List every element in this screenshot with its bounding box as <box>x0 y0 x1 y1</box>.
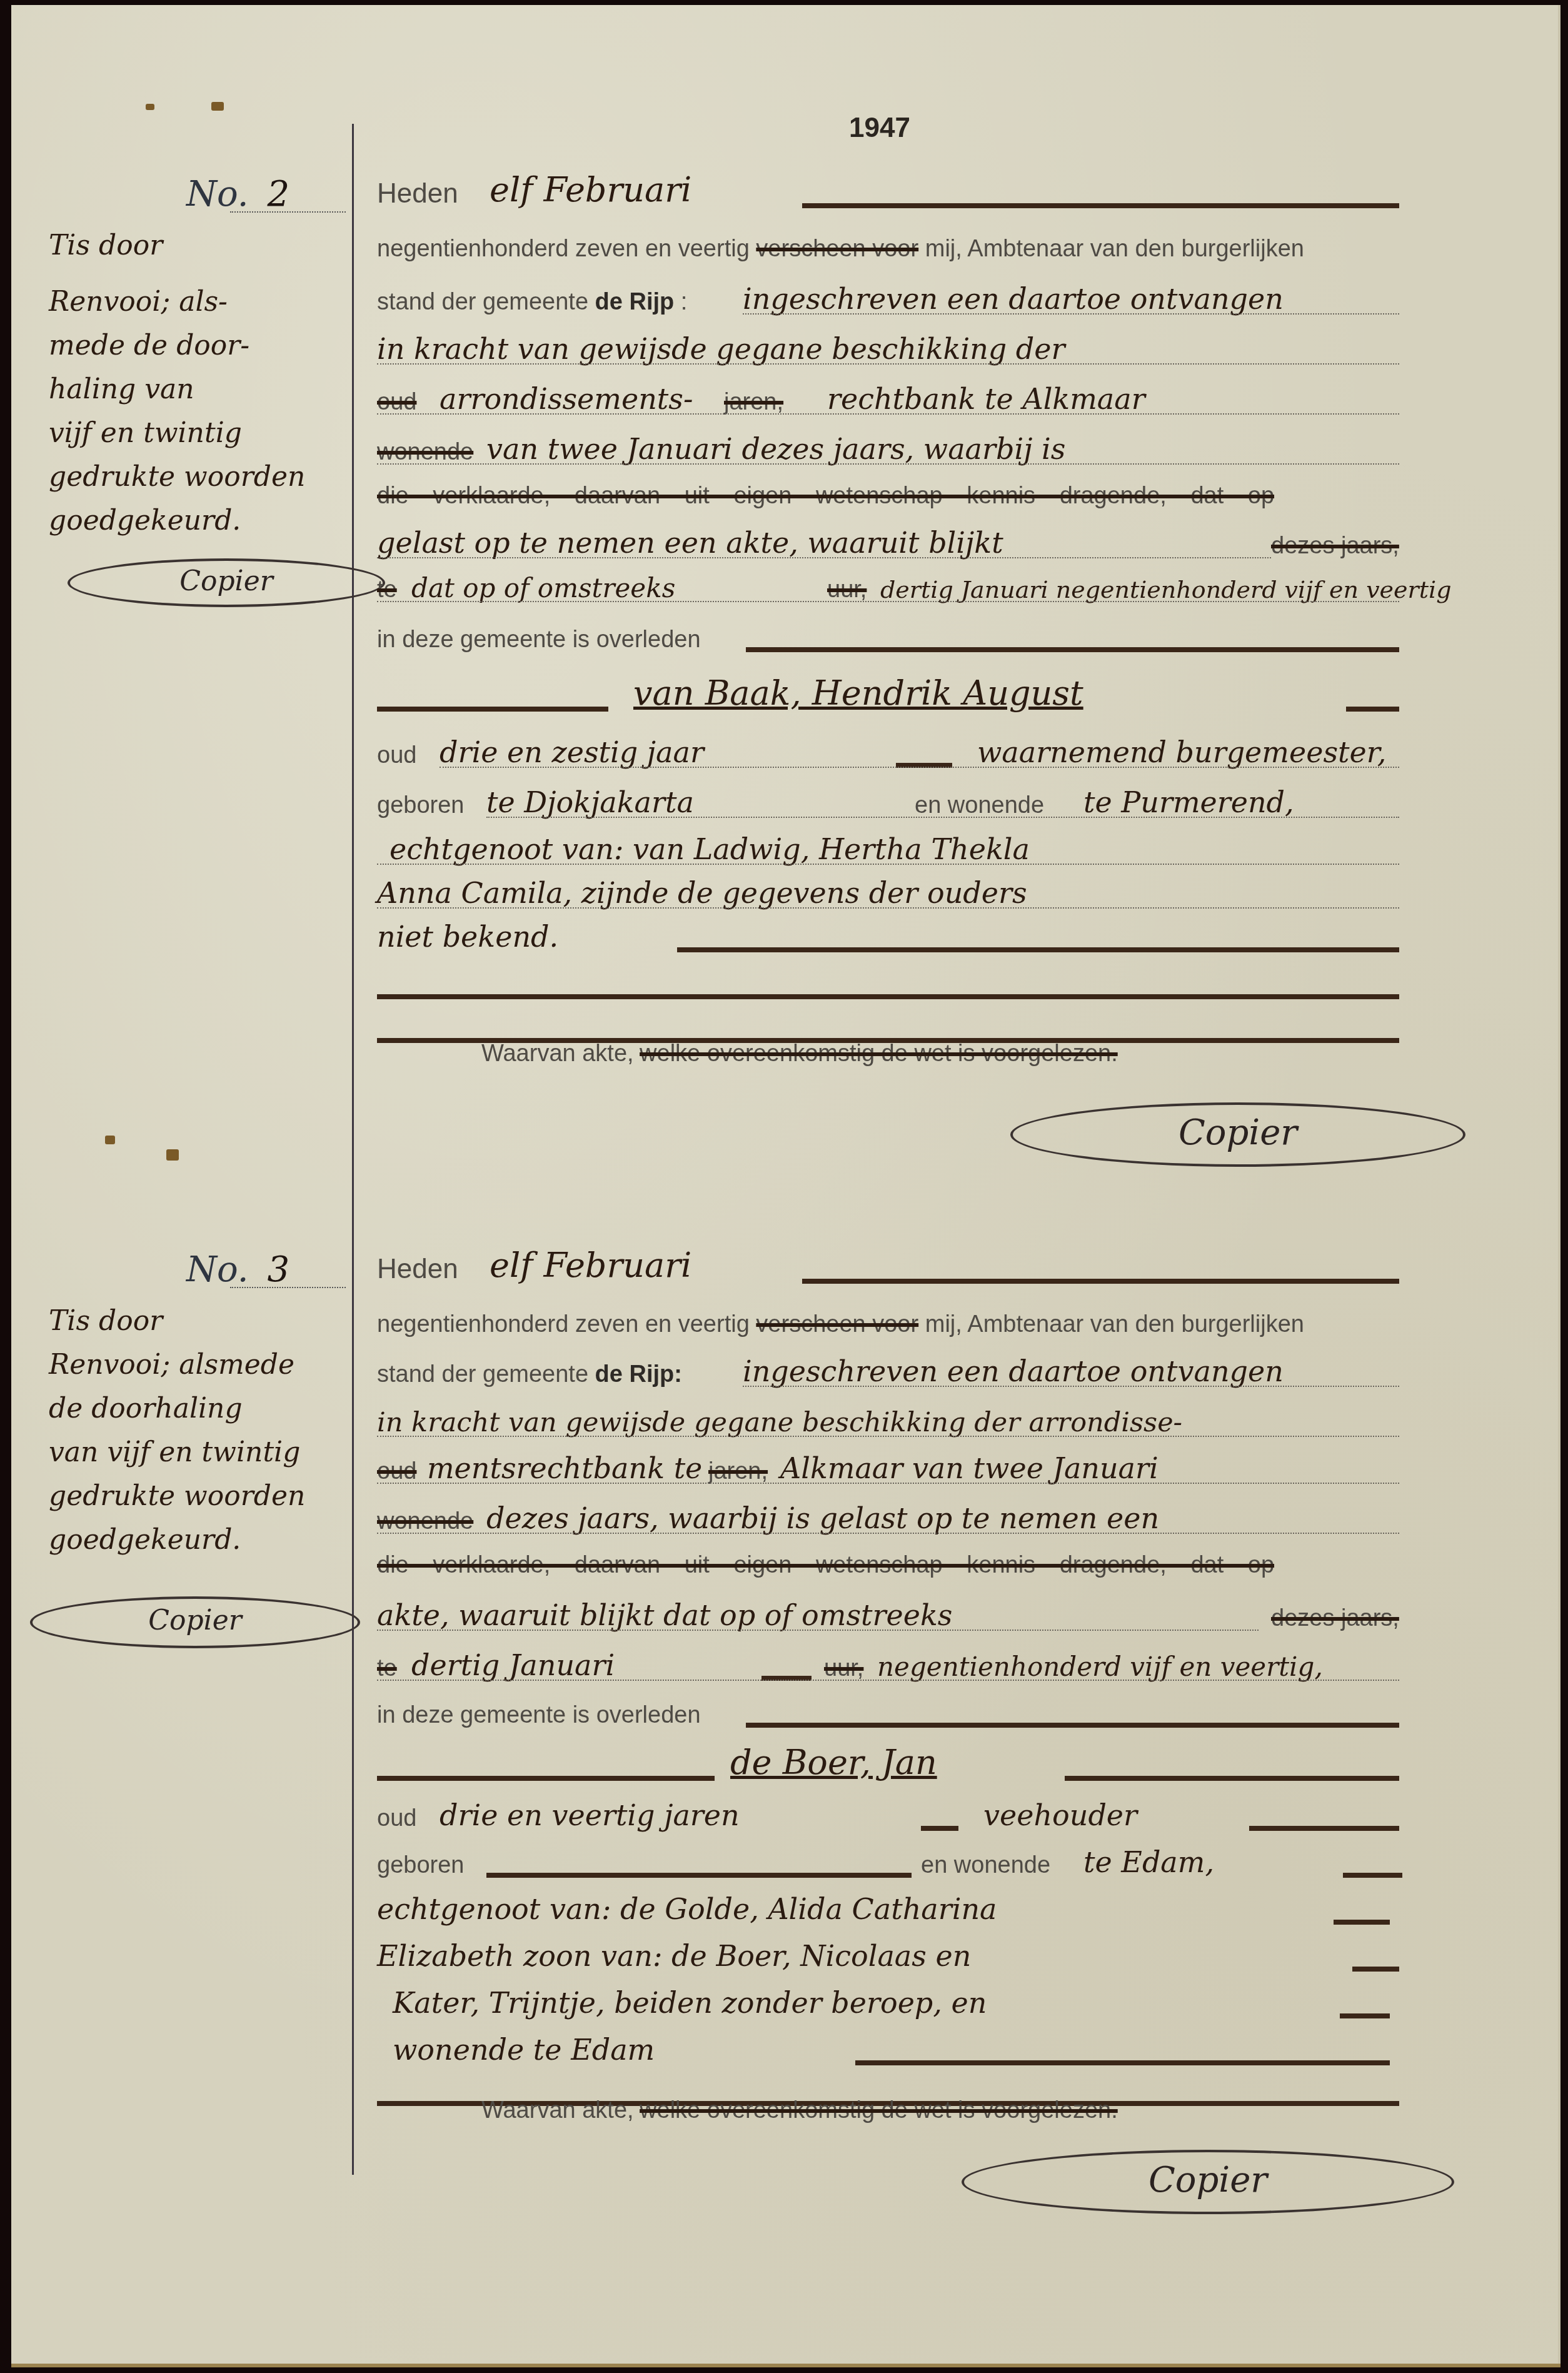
line-9: te dertig Januari uur, negentienhonderd … <box>377 1643 1409 1687</box>
struck-text: dezes jaars, <box>1271 533 1399 560</box>
filler-line <box>921 1826 958 1831</box>
handwritten-text: rechtbank te Alkmaar <box>827 382 1145 416</box>
dotted-line <box>743 1386 1399 1387</box>
closing-line: Waarvan akte, welke overeenkomstig de we… <box>481 2097 1118 2124</box>
occupation-value: waarnemend burgemeester, <box>977 735 1386 769</box>
margin-signature: Copier <box>30 1596 360 1648</box>
handwritten-text: gelast op te nemen een akte, waaruit bli… <box>377 526 1003 560</box>
wonende-label: en wonende <box>921 1852 1050 1879</box>
struck-text: jaren, <box>724 389 783 416</box>
line-extra-2: Elizabeth zoon van: de Boer, Nicolaas en <box>377 1934 1409 1978</box>
stand-value: ingeschreven een daartoe ontvangen <box>743 282 1284 316</box>
dotted-line <box>377 413 1399 415</box>
closing-line: Waarvan akte, welke overeenkomstig de we… <box>481 1040 1118 1067</box>
dotted-line <box>486 817 1399 818</box>
dotted-line <box>743 313 1399 315</box>
year-line-text: negentienhonderd zeven en veertig versch… <box>377 1311 1304 1338</box>
oud-label: oud <box>377 1805 416 1832</box>
line-oud: oud drie en zestig jaar waarnemend burge… <box>377 730 1409 774</box>
handwritten-text: wonende te Edam <box>393 2033 655 2067</box>
line-9: te dat op of omstreeks uur, dertig Janua… <box>377 565 1409 608</box>
margin-annotation: Tis door Renvooi; als- mede de door- hal… <box>49 224 343 543</box>
handwritten-text: Alkmaar van twee Januari <box>780 1451 1158 1485</box>
handwritten-text: echtgenoot van: de Golde, Alida Catharin… <box>377 1892 997 1926</box>
struck-text: oud <box>377 1458 416 1485</box>
page-year: 1947 <box>849 113 910 144</box>
filler-line <box>677 947 1399 952</box>
date-value: elf Februari <box>490 1246 691 1285</box>
margin-signature: Copier <box>68 558 385 607</box>
stand-label: stand der gemeente de Rijp : <box>377 289 687 316</box>
register-page: 1947 No.2 Tis door Renvooi; als- mede de… <box>11 5 1560 2367</box>
age-value: drie en veertig jaren <box>440 1798 740 1832</box>
oud-label: oud <box>377 742 416 769</box>
handwritten-text: negentienhonderd vijf en veertig, <box>877 1651 1323 1682</box>
filler-line <box>1334 1920 1390 1925</box>
dotted-line <box>377 1630 1259 1631</box>
struck-text: uur, <box>824 1655 863 1682</box>
record-number-label: No.3 <box>186 1249 289 1290</box>
line-5: oud mentsrechtbank te jaren, Alkmaar van… <box>377 1446 1409 1490</box>
line-extra-3: niet bekend. <box>377 915 1409 959</box>
record-number-underline <box>230 1287 346 1288</box>
handwritten-line: in kracht van gewijsde gegane beschikkin… <box>377 332 1065 366</box>
line-deceased: de Boer, Jan <box>377 1743 1409 1787</box>
dotted-line <box>377 1533 1399 1534</box>
handwritten-text: dat op of omstreeks <box>411 573 675 603</box>
deceased-name: van Baak, Hendrik August <box>633 673 1083 713</box>
dotted-line <box>377 907 1399 909</box>
registrar-signature: Copier <box>1010 1102 1465 1167</box>
stand-value: ingeschreven een daartoe ontvangen <box>743 1354 1284 1388</box>
dotted-line <box>377 1483 1399 1484</box>
line-deceased: van Baak, Hendrik August <box>377 674 1409 718</box>
line-8: akte, waaruit blijkt dat op of omstreeks… <box>377 1593 1409 1637</box>
line-geboren: geboren te Djokjakarta en wonende te Pur… <box>377 780 1409 824</box>
handwritten-text: van twee Januari dezes jaars, waarbij is <box>486 432 1065 466</box>
line-blank-1 <box>377 962 1409 1005</box>
filler-line <box>1340 2013 1390 2018</box>
paper-blemish <box>105 1136 115 1144</box>
filler-line <box>855 2060 1390 2065</box>
struck-text: die verklaarde, daarvan uit eigen wetens… <box>377 1552 1274 1579</box>
line-7: die verklaarde, daarvan uit eigen wetens… <box>377 471 1409 515</box>
handwritten-text: dertig Januari <box>411 1648 615 1682</box>
filler-line <box>746 1723 1399 1728</box>
line-extra-1: echtgenoot van: van Ladwig, Hertha Thekl… <box>377 827 1409 871</box>
dotted-line <box>377 1680 1399 1681</box>
handwritten-text: dezes jaars, waarbij is gelast op te nem… <box>486 1501 1159 1535</box>
birthplace-value: te Djokjakarta <box>486 785 694 819</box>
struck-text: wonende <box>377 439 473 466</box>
line-oud: oud drie en veertig jaren veehouder <box>377 1793 1409 1837</box>
line-extra-2: Anna Camila, zijnde de gegevens der oude… <box>377 871 1409 915</box>
line-4: in kracht van gewijsde gegane beschikkin… <box>377 327 1409 371</box>
paper-blemish <box>166 1149 179 1161</box>
line-stand: stand der gemeente de Rijp : ingeschreve… <box>377 277 1409 321</box>
line-extra-4: wonende te Edam <box>377 2028 1409 2072</box>
dotted-line <box>377 557 1271 558</box>
dotted-line <box>377 463 1399 465</box>
struck-text: te <box>377 577 397 603</box>
line-year: negentienhonderd zeven en veertig versch… <box>377 1299 1409 1343</box>
line-heden: Heden elf Februari <box>377 1246 1409 1290</box>
deceased-name: de Boer, Jan <box>730 1743 937 1782</box>
handwritten-text: arrondissements- <box>440 382 693 416</box>
filler-line <box>802 203 1399 208</box>
age-value: drie en zestig jaar <box>440 735 704 769</box>
margin-rule <box>352 124 354 2175</box>
heden-label: Heden <box>377 1254 458 1285</box>
line-5: oud arrondissements- jaren, rechtbank te… <box>377 377 1409 421</box>
dotted-line <box>377 864 1399 865</box>
filler-line <box>1065 1776 1399 1781</box>
line-overleden: in deze gemeente is overleden <box>377 615 1409 658</box>
line-overleden: in deze gemeente is overleden <box>377 1690 1409 1734</box>
struck-text: te <box>377 1655 397 1682</box>
heden-label: Heden <box>377 178 458 209</box>
handwritten-text: Elizabeth zoon van: de Boer, Nicolaas en <box>377 1939 971 1973</box>
dotted-line <box>377 1436 1399 1437</box>
filler-line <box>1343 1873 1402 1878</box>
filler-line <box>1346 707 1399 712</box>
year-line-text: negentienhonderd zeven en veertig versch… <box>377 236 1304 263</box>
filler-line <box>1249 1826 1399 1831</box>
filler-line <box>802 1279 1399 1284</box>
handwritten-text: Anna Camila, zijnde de gegevens der oude… <box>377 876 1027 910</box>
record-number-underline <box>230 211 346 213</box>
line-geboren: geboren en wonende te Edam, <box>377 1840 1409 1884</box>
stand-label: stand der gemeente de Rijp: <box>377 1361 682 1388</box>
filler-line <box>486 1873 912 1878</box>
handwritten-text: dertig Januari negentienhonderd vijf en … <box>880 576 1451 603</box>
registrar-signature: Copier <box>962 2150 1454 2214</box>
line-year: negentienhonderd zeven en veertig versch… <box>377 224 1409 268</box>
dotted-line <box>377 601 1399 602</box>
line-heden: Heden elf Februari <box>377 171 1409 214</box>
filler-line <box>377 1776 715 1781</box>
line-7: die verklaarde, daarvan uit eigen wetens… <box>377 1540 1409 1584</box>
struck-text: wonende <box>377 1508 473 1535</box>
handwritten-text: Kater, Trijntje, beiden zonder beroep, e… <box>393 1986 987 2020</box>
filler-line <box>377 707 608 712</box>
struck-text: jaren, <box>708 1458 768 1485</box>
struck-text: uur, <box>827 577 867 603</box>
overleden-label: in deze gemeente is overleden <box>377 627 701 653</box>
handwritten-text: mentsrechtbank te <box>427 1451 702 1485</box>
struck-text: oud <box>377 389 416 416</box>
filler-line <box>746 647 1399 652</box>
margin-annotation: Tis door Renvooi; alsmede de doorhaling … <box>49 1299 343 1562</box>
struck-text: die verklaarde, daarvan uit eigen wetens… <box>377 483 1274 510</box>
residence-value: te Edam, <box>1083 1845 1214 1879</box>
line-6: wonende dezes jaars, waarbij is gelast o… <box>377 1496 1409 1540</box>
paper-blemish <box>211 102 224 111</box>
line-8: gelast op te nemen een akte, waaruit bli… <box>377 521 1409 565</box>
overleden-label: in deze gemeente is overleden <box>377 1702 701 1729</box>
handwritten-text: niet bekend. <box>377 920 558 954</box>
struck-text: dezes jaars, <box>1271 1605 1399 1632</box>
handwritten-text: akte, waaruit blijkt dat op of omstreeks <box>377 1598 952 1632</box>
filler-line <box>1352 1967 1399 1972</box>
geboren-label: geboren <box>377 792 464 819</box>
residence-value: te Purmerend, <box>1083 785 1294 819</box>
occupation-value: veehouder <box>983 1798 1137 1832</box>
record-number-label: No.2 <box>186 174 289 214</box>
paper-blemish <box>146 104 154 110</box>
line-4: in kracht van gewijsde gegane beschikkin… <box>377 1399 1409 1443</box>
wonende-label: en wonende <box>915 792 1044 819</box>
dotted-line <box>440 767 1399 768</box>
line-6: wonende van twee Januari dezes jaars, wa… <box>377 427 1409 471</box>
filler-line <box>377 994 1399 999</box>
geboren-label: geboren <box>377 1852 464 1879</box>
dotted-line <box>377 363 1399 365</box>
handwritten-text: echtgenoot van: van Ladwig, Hertha Thekl… <box>389 832 1030 866</box>
line-stand: stand der gemeente de Rijp: ingeschreven… <box>377 1349 1409 1393</box>
line-extra-3: Kater, Trijntje, beiden zonder beroep, e… <box>377 1981 1409 2025</box>
date-value: elf Februari <box>490 170 691 209</box>
line-extra-1: echtgenoot van: de Golde, Alida Catharin… <box>377 1887 1409 1931</box>
handwritten-line: in kracht van gewijsde gegane beschikkin… <box>377 1407 1182 1438</box>
